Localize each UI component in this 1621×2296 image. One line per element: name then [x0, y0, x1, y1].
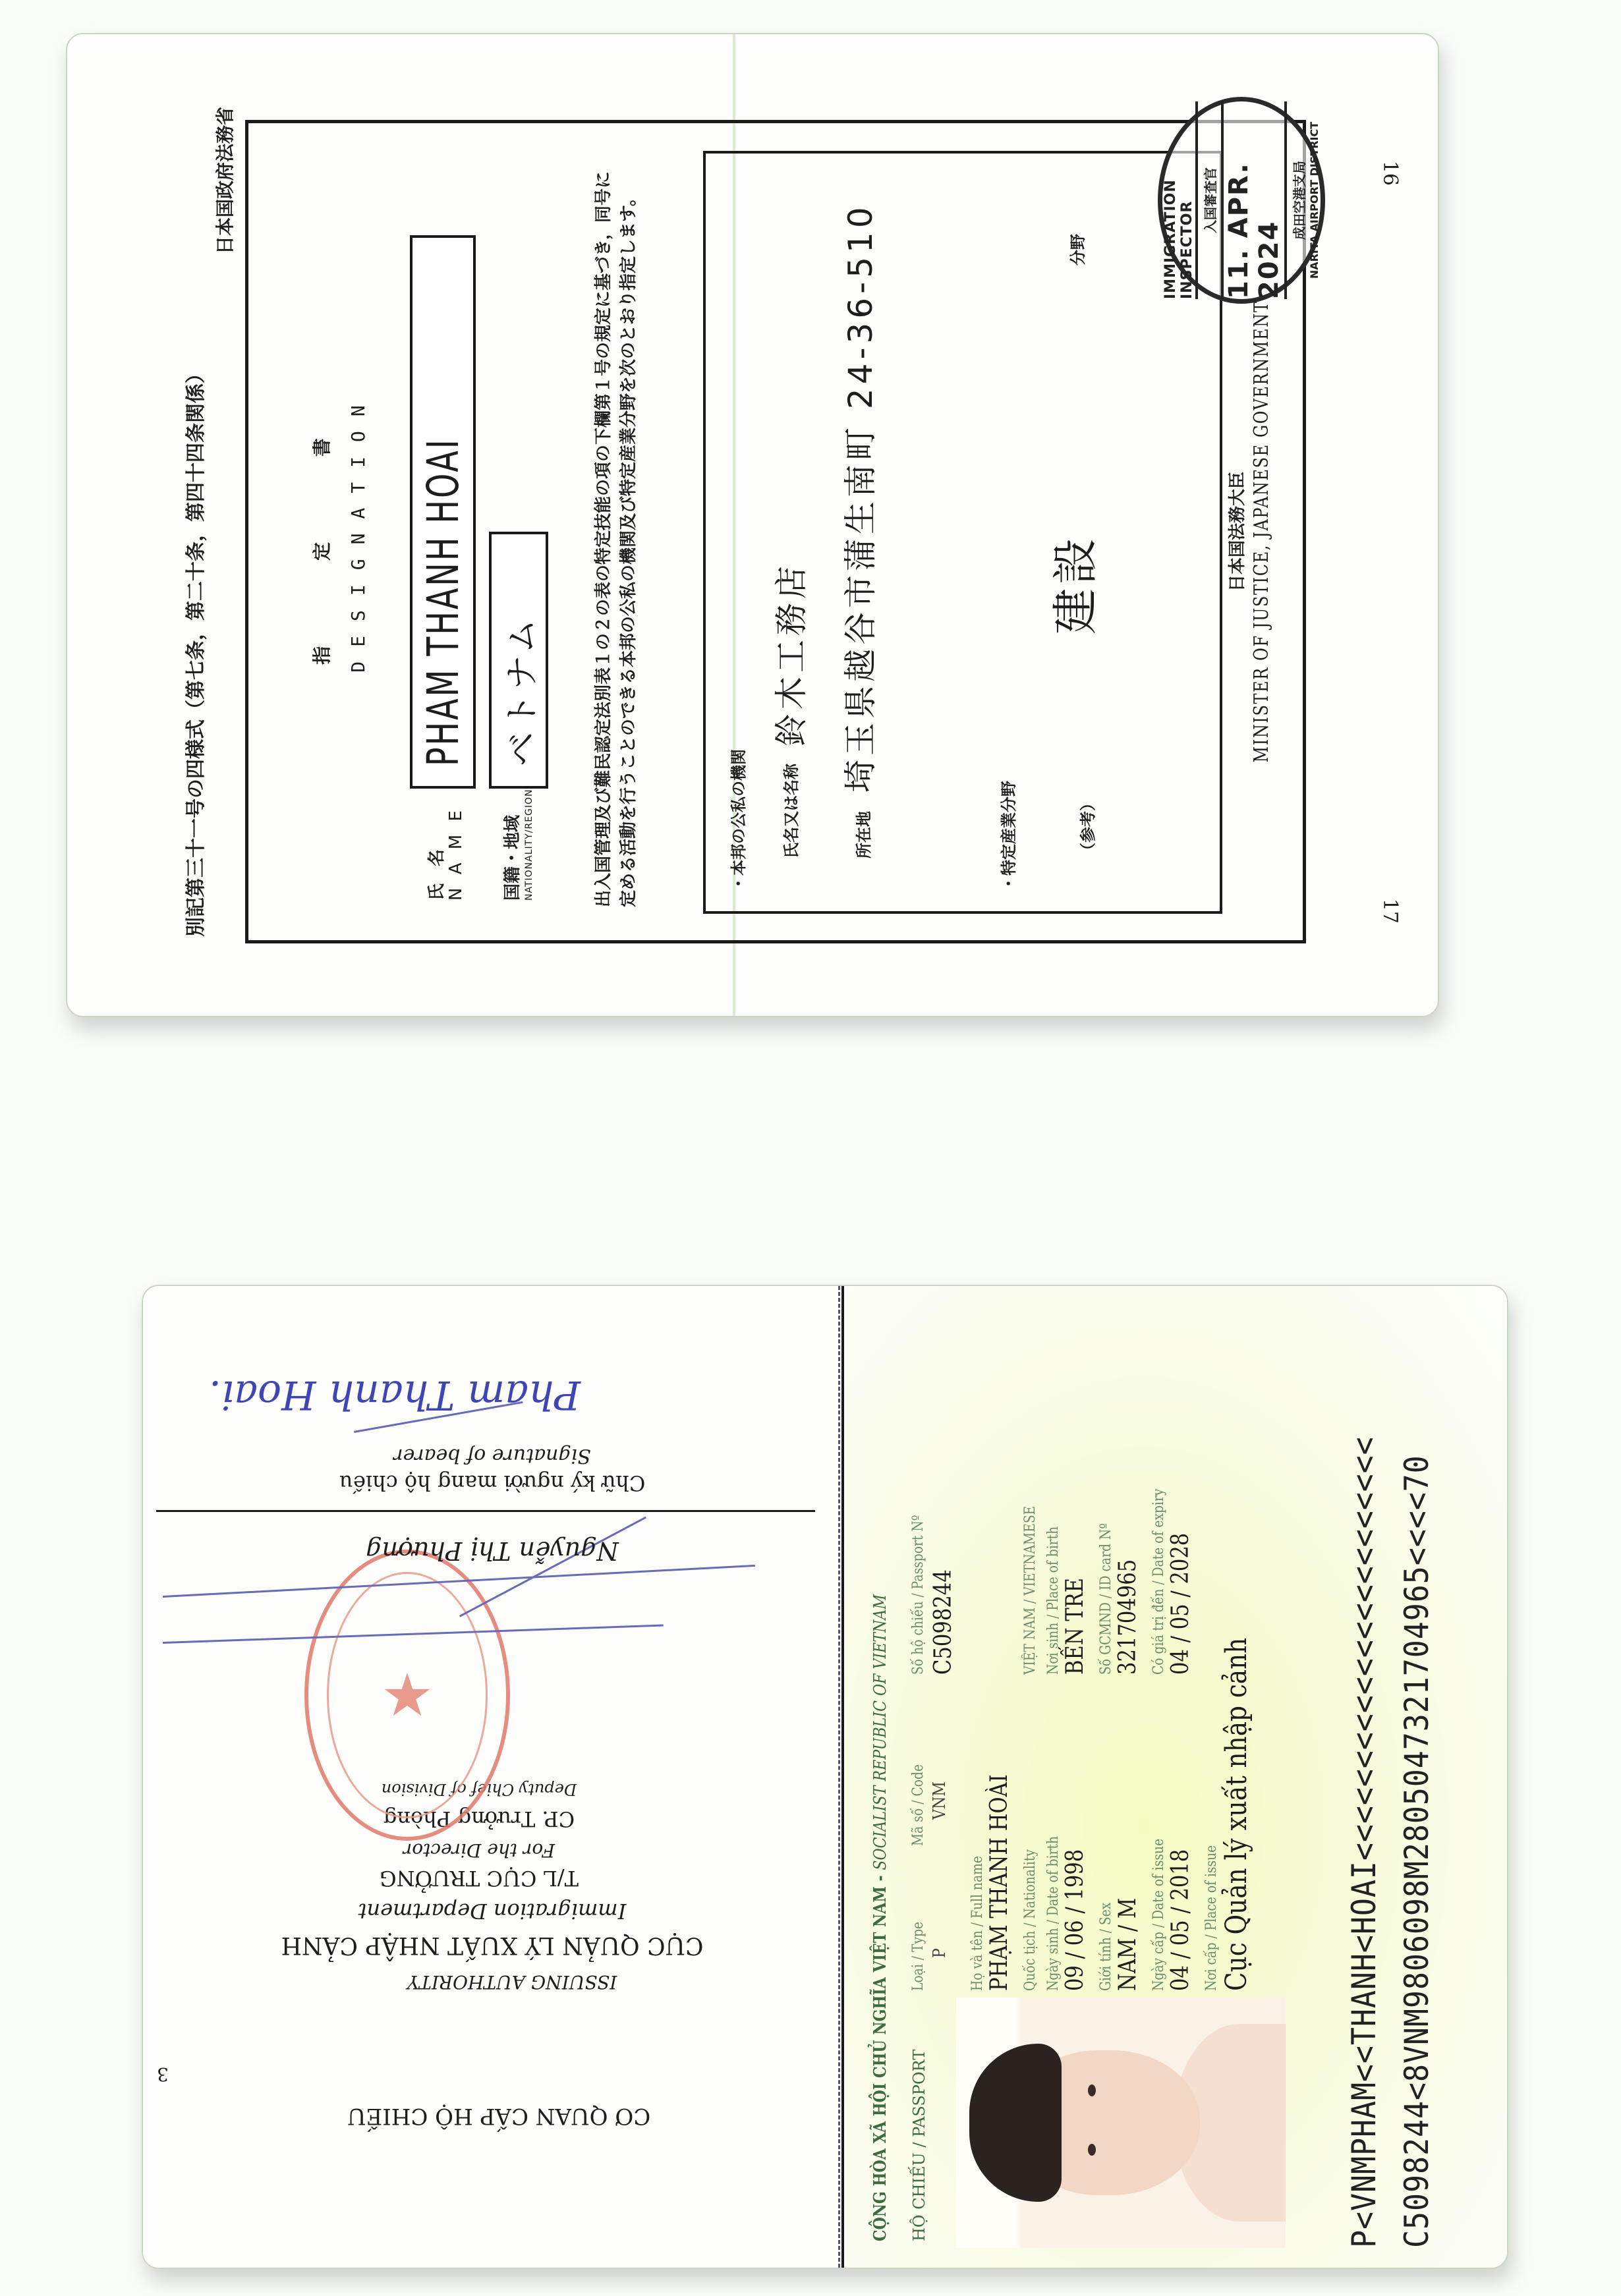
page-number-left: 17: [1379, 899, 1402, 924]
nationality-label: Quốc tịch / Nationality: [1022, 1849, 1038, 1991]
for-director-en: For the Director: [354, 1839, 604, 1861]
full-name-value: PHẠM THANH HOÀI: [986, 1774, 1013, 1991]
name-field: PHAM THANH HOAI: [410, 235, 476, 789]
department-vn: CỤC QUẢN LÝ XUẤT NHẬP CẢNH: [242, 1932, 743, 1959]
form-title: 別記第三十一号の四様式（第七条，第二十条，第四十四条関係）: [179, 364, 208, 937]
code-value: VNM: [930, 1781, 950, 1820]
industry-suffix: 分野: [1065, 234, 1088, 266]
pob-label: Nơi sinh / Place of birth: [1045, 1526, 1062, 1675]
type-label: Loại / Type: [910, 1922, 926, 1991]
immigration-stamp: IMMIGRATION INSPECTOR 入国審査官 11. APR. 202…: [1158, 97, 1325, 304]
dob-value: 09 / 06 / 1998: [1062, 1849, 1089, 1991]
stamp-mid: 入国審査官: [1195, 101, 1224, 299]
type-value: P: [930, 1948, 950, 1958]
org-name-value: 鈴木工務店: [765, 562, 812, 746]
name-label-jp: 氏 名: [423, 849, 447, 901]
id-label: Số GCMND / ID card Nº: [1098, 1523, 1114, 1675]
reference-label: （参考）: [1075, 795, 1098, 858]
issuer-label: 日本国政府法務省: [211, 107, 237, 254]
official-seal: ★: [304, 1550, 510, 1841]
for-director-vn: T/L CỤC TRƯỞNG: [341, 1866, 617, 1891]
nationality-field: ベトナム: [489, 532, 548, 789]
dob-label: Ngày sinh / Date of birth: [1045, 1836, 1062, 1991]
issue-date-label: Ngày cấp / Date of issue: [1151, 1839, 1167, 1991]
page-number-right: 16: [1379, 161, 1402, 186]
issue-date-value: 04 / 05 / 2018: [1167, 1849, 1194, 1991]
sex-label: Giới tính / Sex: [1098, 1903, 1114, 1991]
stamp-date: 11. APR. 2024: [1224, 101, 1284, 299]
industry-label: ・特定産業分野: [996, 781, 1019, 891]
org-address-label: 所在地: [851, 811, 874, 858]
authority-title-vn: CƠ QUAN CẤP HỘ CHIẾU: [341, 2103, 657, 2129]
minister-en: MINISTER OF JUSTICE, JAPANESE GOVERNMENT: [1250, 205, 1273, 858]
expiry-label: Có giá trị đến / Date of expiry: [1151, 1488, 1167, 1675]
perforation-line: [838, 1286, 840, 2268]
place-of-issue-value: Cục Quản lý xuất nhập cảnh: [1220, 1638, 1253, 1991]
department-en: Immigration Department: [308, 1899, 677, 1924]
org-section-label: ・本邦の公私の機関: [725, 749, 749, 891]
nationality-label-en: NATIONALITY/REGION: [524, 789, 534, 901]
designation-page: 別記第三十一号の四様式（第七条，第二十条，第四十四条関係） 日本国政府法務省 指…: [66, 33, 1439, 1017]
industry-value: 建設: [1038, 534, 1105, 634]
code-label: Mã số / Code: [910, 1764, 926, 1846]
holder-photo: [956, 1998, 1286, 2248]
nationality-value: VIỆT NAM / VIETNAMESE: [1022, 1506, 1038, 1675]
page-number: 3: [143, 2063, 183, 2085]
nationality-label-jp: 国籍・地域: [499, 815, 523, 901]
designation-box: 指 定 書 DESIGNATION 氏 名 N A M E PHAM THANH…: [245, 120, 1306, 943]
heading-en: DESIGNATION: [347, 123, 369, 940]
full-name-label: Họ và tên / Full name: [969, 1856, 986, 1991]
sex-value: NAM / M: [1114, 1898, 1141, 1991]
document-label: HỘ CHIẾU / PASSPORT: [910, 2050, 928, 2241]
divider: [156, 1510, 815, 1512]
expiry-value: 04 / 05 / 2028: [1167, 1533, 1194, 1675]
signer-name: Nguyễn Thị Phượng: [308, 1536, 677, 1565]
place-of-issue-label: Nơi cấp / Place of issue: [1203, 1845, 1220, 1991]
passport-no-label: Số hộ chiếu / Passport Nº: [910, 1515, 926, 1675]
nationality-value: ベトナム: [494, 615, 544, 766]
designation-content: 別記第三十一号の四様式（第七条，第二十条，第四十四条関係） 日本国政府法務省 指…: [67, 34, 1438, 1016]
authority-title-en: ISSUING AUTHORITY: [341, 1971, 683, 1993]
stamp-place: 成田空港支局: [1284, 101, 1308, 299]
mrz-line-2: C5098244<8VNM9806098M2805047321704965<<<…: [1398, 1455, 1436, 2248]
passport-page: 3 CƠ QUAN CẤP HỘ CHIẾU ISSUING AUTHORITY…: [142, 1285, 1508, 2269]
heading-jp: 指 定 書: [308, 123, 334, 940]
id-value: 321704965: [1114, 1559, 1141, 1675]
bearer-sig-label-vn: Chữ ký người mang hộ chiếu: [308, 1470, 677, 1496]
pob-value: BẾN TRE: [1062, 1578, 1089, 1675]
name-label-en: N A M E: [446, 806, 466, 901]
signature-stroke: [459, 1517, 646, 1617]
org-name-label: 氏名又は名称: [778, 764, 801, 858]
issuing-authority-page: 3 CƠ QUAN CẤP HỘ CHIẾU ISSUING AUTHORITY…: [143, 1286, 841, 2268]
bearer-sig-label-en: Signature of bearer: [341, 1444, 644, 1467]
country-header: CỘNG HÒA XÃ HỘI CHỦ NGHĨA VIỆT NAM - SOC…: [870, 1594, 890, 2241]
bearer-signature: Pham Thanh Hoai.: [209, 1372, 581, 1418]
name-value: PHAM THANH HOAI: [418, 437, 469, 766]
organization-box: ・本邦の公私の機関 氏名又は名称 鈴木工務店 所在地 埼玉県越谷市蒲生南町 24…: [703, 151, 1222, 914]
body-text: 出入国管理及び難民認定法別表１の２の表の特定技能の項の下欄第１号の規定に基づき，…: [591, 156, 641, 907]
mrz-line-1: P<VNMPHAM<<THANH<HOAI<<<<<<<<<<<<<<<<<<<…: [1345, 1436, 1383, 2248]
stamp-top: IMMIGRATION INSPECTOR: [1162, 101, 1195, 299]
stamp-bottom: NARITA AIRPORT DISTRICT: [1308, 122, 1321, 279]
org-address-value: 埼玉県越谷市蒲生南町 24-36-510: [834, 203, 882, 793]
passport-data-page: CỘNG HÒA XÃ HỘI CHỦ NGHĨA VIỆT NAM - SOC…: [841, 1286, 1508, 2268]
passport-no-value: C5098244: [930, 1569, 957, 1675]
